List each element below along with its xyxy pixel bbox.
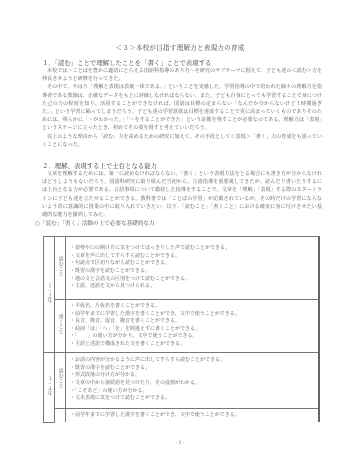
skill-item: ・主語と述語で構成された文を書くことができる。 <box>70 341 318 349</box>
skill-item: ・文章の中から接続語を見つけたり、その役割がわかる。 <box>70 380 318 388</box>
page-number: - 1 - <box>0 440 360 446</box>
table-row: ・前学年までに学習した漢字を書くことができ、文中で使うことができる。 <box>44 408 320 422</box>
table-row: 書くこと ・平仮名、片仮名を書くことができる。 ・前学年までに学習した漢字を書く… <box>44 300 320 353</box>
grade-label: ３・４年 <box>46 376 53 396</box>
table-row: １・２年 読むこと ・姿勢や口の開け方に気をつけてはっきりした声で読むことができ… <box>44 237 320 300</box>
grade-cell: ３・４年 <box>44 352 55 422</box>
items-cell: ・お話の内容が分かるように声に出してすらすら読むことができる。 ・既習の漢字を読… <box>66 352 320 408</box>
section-1-paragraph: その中で、やはり「理解と表現は表裏一体である。」ということを実感した。学習指導の… <box>42 83 322 132</box>
skill-item: ・既習の漢字を読むことができる。 <box>70 268 318 276</box>
grade-cell: １・２年 <box>44 237 55 353</box>
category-cell: 読むこと <box>55 237 66 300</box>
skill-item: ・文末表現に気をつけて読むことができる。 <box>70 395 318 403</box>
table-row: ３・４年 読むこと ・お話の内容が分かるように声に出してすらすら読むことができる… <box>44 352 320 408</box>
category-label: 読むこと <box>56 256 63 276</box>
section-2-body: 文章を理解するためには、第一に読めなければならない。「書く」という表現方法をとる… <box>42 170 322 219</box>
section-1-body: 本校では〜ことばを豊かに適切にとらえる国語科指導のあり方〜を研究のサブテーマに据… <box>42 67 322 149</box>
skill-item: ・姿勢や口の開け方に気をつけてはっきりした声で読むことができる。 <box>70 245 318 253</box>
section-1-paragraph: 以上のような理由から「読む」力を高めるための研究に加えて、その手段として＜表現＞… <box>42 133 322 149</box>
grade-label: １・２年 <box>46 283 53 303</box>
category-cell: 読むこと <box>55 352 66 408</box>
category-cell: 書くこと <box>55 300 66 353</box>
section-1-paragraph: 本校では〜ことばを豊かに適切にとらえる国語科指導のあり方〜を研究のサブテーマに据… <box>42 67 322 83</box>
table-heading: ○「読む」「書く」活動の上で必要な基礎的な力 <box>35 219 155 227</box>
page-title: ＜３＞本校が目指す理解力と表現力の育成 <box>0 42 360 52</box>
skill-item: ・長音、拗音、促音、撥音を書くことができる。 <box>70 318 318 326</box>
items-cell: ・姿勢や口の開け方に気をつけてはっきりした声で読むことができる。 ・文章を声に出… <box>66 237 320 300</box>
category-label: 書くこと <box>56 314 63 334</box>
section-2-heading: ２．理解、表現する上で土台となる能力 <box>42 161 157 170</box>
skill-item: ・主語、述語を文から見つけられる。 <box>70 283 318 291</box>
section-1-heading: １．「読む」ことで理解したことを「書く」ことで表現する <box>42 58 211 67</box>
skill-item: ・平仮名、片仮名を書くことができる。 <box>70 303 318 311</box>
skill-item: ・句読点で区切りながら読むことができる。 <box>70 260 318 268</box>
skill-item: ・前学年までに学習した漢字を書くことができ、文中で使うことができる。 <box>70 412 318 420</box>
items-cell: ・前学年までに学習した漢字を書くことができ、文中で使うことができる。 <box>66 408 320 422</box>
skill-item: ・「 」の使い方が分かり、文中で使うことができる。 <box>70 333 318 341</box>
document-page: ＜３＞本校が目指す理解力と表現力の育成 １．「読む」ことで理解したことを「書く」… <box>0 0 360 466</box>
basic-skills-table: １・２年 読むこと ・姿勢や口の開け方に気をつけてはっきりした声で読むことができ… <box>43 236 320 423</box>
category-cell <box>55 408 66 422</box>
section-2-paragraph: 文章を理解するためには、第一に読めなければならない。「書く」という表現方法をとる… <box>42 170 322 219</box>
skill-item: ・お話の内容が分かるように声に出してすらすら読むことができる。 <box>70 357 318 365</box>
category-label: 読むこと <box>56 368 63 388</box>
items-cell: ・平仮名、片仮名を書くことができる。 ・前学年までに学習した漢字を書くことができ… <box>66 300 320 353</box>
skill-item: ・形式段落の分け方が分かる。 <box>70 372 318 380</box>
